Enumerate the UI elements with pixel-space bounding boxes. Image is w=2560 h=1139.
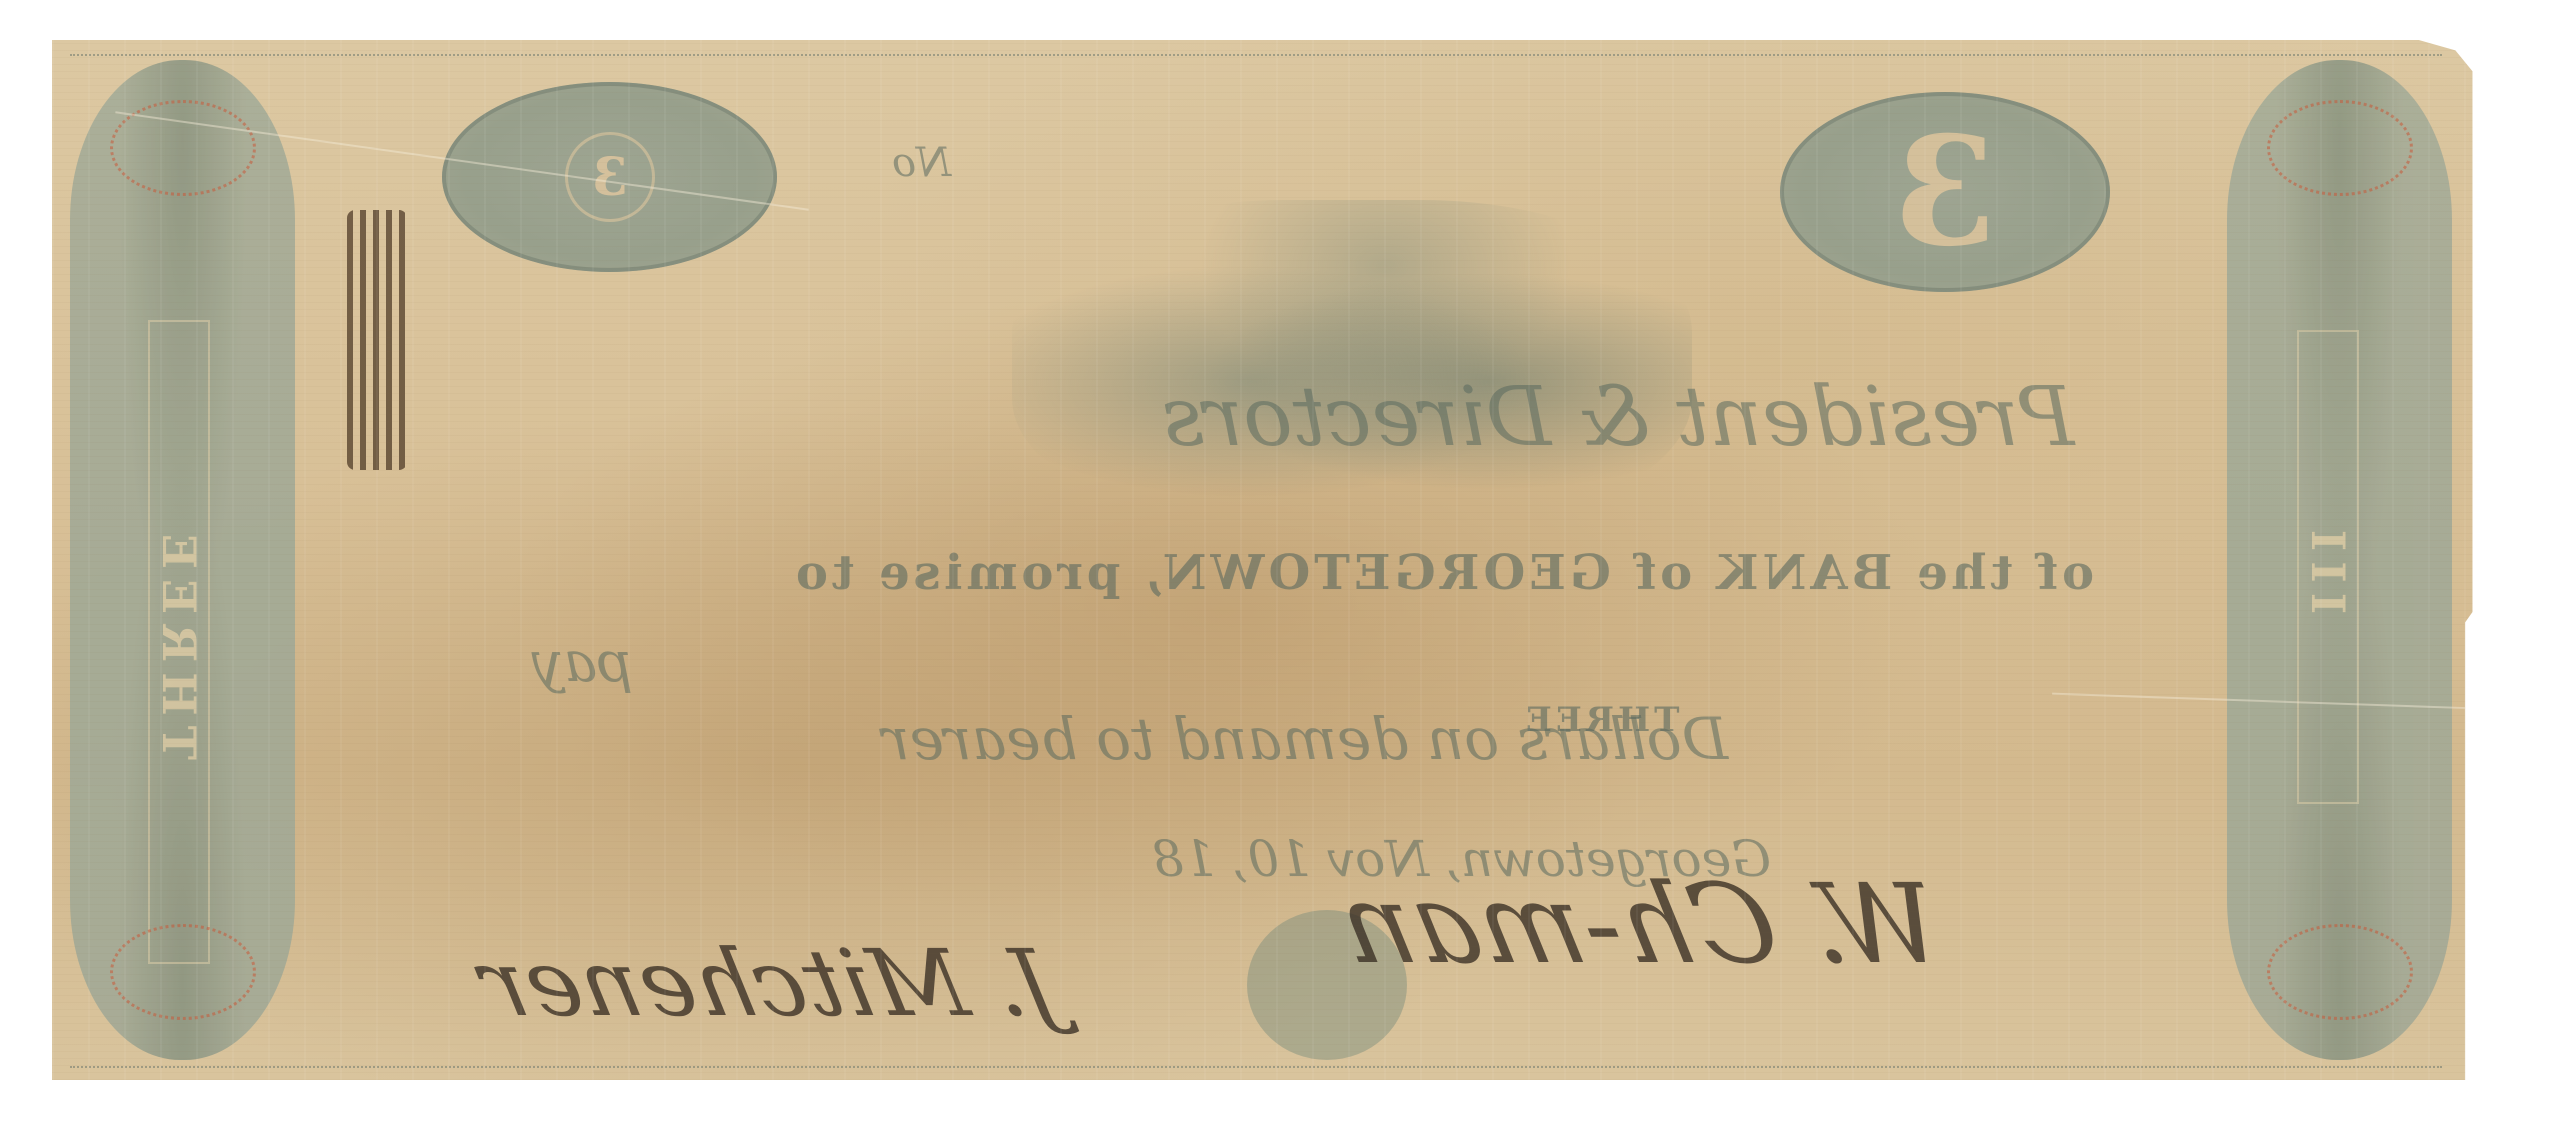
pencil-annotation: 80 [2494, 618, 2548, 677]
serial-prefix: No [892, 140, 951, 186]
amount-block: THREE [1522, 700, 1680, 740]
right-panel-word: III [2301, 520, 2355, 615]
red-flourish-bottom-left [110, 924, 256, 1020]
red-flourish-top-right [2267, 100, 2413, 196]
bottom-border-line [70, 1066, 2442, 1068]
left-panel-word: THREE [152, 524, 206, 760]
top-border-line [70, 54, 2442, 56]
bank-line: of the BANK of GEORGETOWN, promise to [792, 545, 2094, 601]
right-panel-band: III [2297, 330, 2359, 804]
left-panel-band: THREE [148, 320, 210, 964]
left-end-panel: THREE [70, 60, 295, 1060]
banknote-reverse: THREE III 3 3 No President & Directors o… [52, 40, 2492, 1080]
cashier-signature: W. Ch-man [1328, 860, 1952, 988]
small-denomination-oval: 3 [442, 82, 777, 272]
president-signature: J. Mitchener [471, 930, 1065, 1037]
large-oval-numeral: 3 [1893, 117, 1997, 267]
central-vignette [1012, 200, 1692, 530]
ink-cancel-mark [347, 210, 407, 470]
right-end-panel: III [2227, 60, 2452, 1060]
red-flourish-bottom-right [2267, 924, 2413, 1020]
pay-line: pay [532, 630, 633, 695]
president-line: President & Directors [1162, 370, 2074, 465]
large-denomination-oval: 3 [1780, 92, 2110, 292]
